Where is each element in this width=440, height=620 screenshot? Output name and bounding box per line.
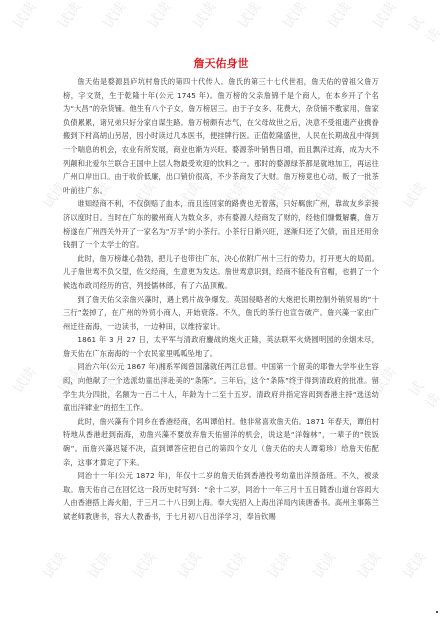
watermark-text: 试读 [53, 0, 85, 32]
watermark-text: 试读 [83, 548, 115, 582]
watermark-text: 试读 [323, 0, 355, 32]
paragraph: 此时，詹万榜雄心勃勃，把儿子也带往广东，决心依附广州十三行的势力，打开更大的局面… [63, 252, 379, 293]
watermark-text: 试读 [368, 0, 400, 32]
document-title: 詹天佑身世 [63, 55, 379, 71]
watermark-text: 试读 [233, 0, 265, 32]
document-page: 詹天佑身世 詹天佑是婺源县庐坑村詹氏的第四十代传人。詹氏的第三十七代世祖，詹天佑… [63, 55, 379, 524]
paragraph: 1861 年 3 月 27 日，太平军与清政府鏖战的炮火正隆，英法联军火烧圆明园… [63, 333, 379, 360]
watermark-text: 试读 [173, 548, 205, 582]
watermark-text: 试读 [398, 178, 430, 212]
watermark-text: 试读 [404, 3, 440, 46]
watermark-text: 试读 [143, 0, 175, 32]
watermark-text: 试读 [188, 0, 220, 32]
watermark-text: 试读 [353, 548, 385, 582]
paragraph: 谁知经商不利，不仅倒赔了血本，而且连回家的路费也无着落，只好羁旅广州，靠故友乡亲… [63, 197, 379, 251]
paragraph: 此时，詹兴藻有个同乡在香港经商，名叫谭伯村。他非常喜欢詹天佑。1871 年春天，… [63, 415, 379, 469]
paragraph: 同治十一年(公元 1872 年)，年仅十二岁的詹天佑到香港投考幼童出洋预备班。不… [63, 469, 379, 523]
page-marker-dot [436, 611, 438, 613]
watermark-text: 试读 [8, 363, 40, 397]
watermark-text: 试读 [278, 0, 310, 32]
watermark-text: 试读 [128, 548, 160, 582]
paragraph: 同治六年(公元 1867 年)湘系军阀曾国藩就任两江总督。中国第一个留美的耶鲁大… [63, 360, 379, 414]
watermark-text: 试读 [8, 0, 40, 32]
watermark-text: 试读 [263, 548, 295, 582]
watermark-text: 试读 [38, 548, 70, 582]
watermark-text: 试读 [218, 548, 250, 582]
paragraph: 詹天佑是婺源县庐坑村詹氏的第四十代传人。詹氏的第三十七代世祖，詹天佑的曾祖父詹万… [63, 75, 379, 197]
watermark-text: 试读 [404, 368, 440, 411]
watermark-text: 试读 [308, 548, 340, 582]
paragraph: 到了詹天佑父亲詹兴藻时，遇上鸦片战争爆发。英国侵略者的大炮把长期控制外销贸易的“… [63, 293, 379, 334]
watermark-text: 试读 [398, 548, 430, 582]
watermark-text: 试读 [98, 0, 130, 32]
